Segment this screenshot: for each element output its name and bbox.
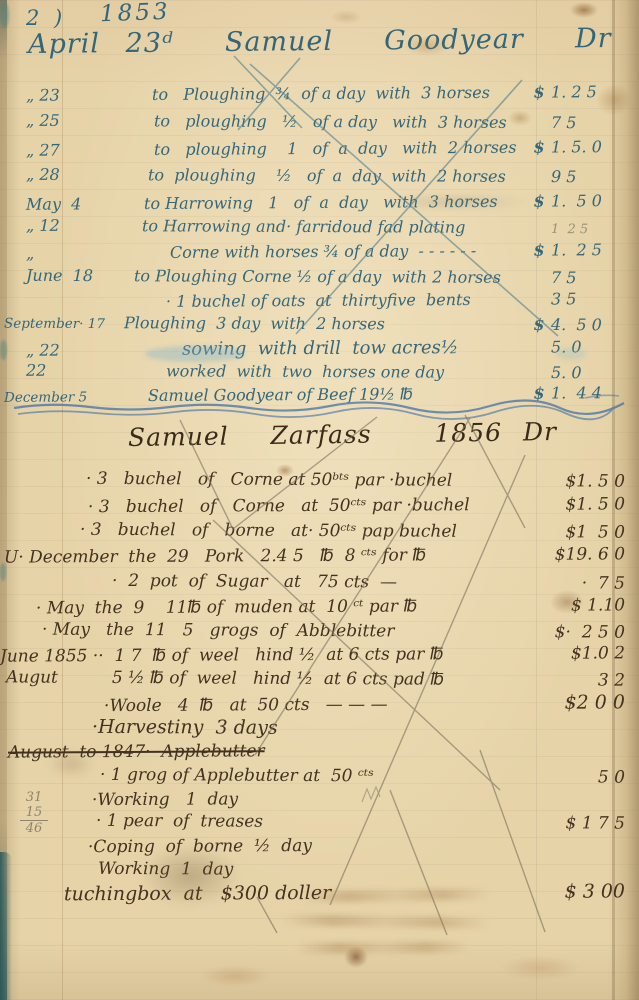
blue-wash-mark xyxy=(556,348,586,360)
entry-description: Corne with horses ¾ of a day - - - - - - xyxy=(118,241,527,262)
stain xyxy=(330,10,362,24)
year-heading: 1853 xyxy=(100,0,171,27)
entry-description: ·Harvestiny 3 days xyxy=(0,715,537,740)
entry-amount: 5 0 xyxy=(537,767,625,787)
entry-amount: $ 1.10 xyxy=(537,595,625,615)
entry-description-struck: August to 1847· Applebutter xyxy=(0,740,537,763)
ledger-row: „ 28to ploughing ½ of a day with 2 horse… xyxy=(0,165,617,187)
bleedthrough-text xyxy=(280,914,490,929)
ledger-row: June 18to Ploughing Corne ½ of a day wit… xyxy=(0,266,617,288)
binding-mark xyxy=(0,2,9,28)
entry-date: 22 xyxy=(0,361,118,381)
ledger-row: „ 25to ploughing ½ of a day with 3 horse… xyxy=(0,111,617,133)
entry-date: September· 17 xyxy=(0,316,118,333)
entry-amount: 9 5 xyxy=(551,167,617,186)
entry-date: „ 27 xyxy=(0,140,118,160)
entry-amount: $2 0 0 xyxy=(537,691,625,713)
entry-amount: 1. 4 4 xyxy=(551,383,617,402)
entry-amount: $1. 5 0 xyxy=(537,471,625,491)
entry-amount: 1. 2 5 xyxy=(551,82,617,101)
stain xyxy=(200,965,270,987)
entry-description: to ploughing ½ of a day with 2 horses xyxy=(118,165,527,186)
ledger-row: Working 1 day xyxy=(0,858,625,881)
entry-amount: $1.0 2 xyxy=(537,643,625,663)
ledger-row: „Corne with horses ¾ of a day - - - - - … xyxy=(0,240,617,263)
entry-description: to ploughing ½ of a day with 3 horses xyxy=(118,111,527,132)
entry-description: to Ploughing ¾ of a day with 3 horses xyxy=(118,83,527,104)
entry-amount-pencil: 1 2 5 xyxy=(551,222,617,237)
entry-description: · 3 buchel of Corne at 50ᵇᵗˢ par ·buchel xyxy=(0,468,537,491)
entry-description: to Harrowing and· farridoud fad plating xyxy=(118,216,527,237)
entry-amount: 1. 5 0 xyxy=(551,191,617,210)
entry-description: Augut 5 ½ ℔ of weel hind ½ at 6 cts pad … xyxy=(0,667,537,690)
ledger-row: December 5Samuel Goodyear of Beef 19½ ℔$… xyxy=(0,383,617,406)
ledger-row: Augut 5 ½ ℔ of weel hind ½ at 6 cts pad … xyxy=(0,667,625,690)
entry-amount: · 7 5 xyxy=(537,573,625,593)
entry-amount: $19. 6 0 xyxy=(537,544,625,564)
dollar-sign: $ xyxy=(527,241,551,260)
ledger-row: „ 12to Harrowing and· farridoud fad plat… xyxy=(0,216,617,238)
bleedthrough-text xyxy=(295,941,470,954)
ledger-row: · 1 grog of Applebutter at 50 ᶜᵗˢ5 0 xyxy=(0,764,625,787)
entry-date: „ 25 xyxy=(0,111,118,131)
ledger-row: September· 17Ploughing 3 day with 2 hors… xyxy=(0,313,617,335)
entry-amount: 3 5 xyxy=(551,289,617,308)
ledger-row: · 3 buchel of borne at· 50ᶜᵗˢ pap buchel… xyxy=(0,519,625,542)
entry-date: June 18 xyxy=(0,266,118,286)
entry-amount: 5. 0 xyxy=(551,363,617,382)
entry-description: · 1 buchel of oats at thirtyfive bents xyxy=(118,290,527,311)
entry-description: June 1855 ·· 1 7 ℔ of weel hind ½ at 6 c… xyxy=(0,644,537,667)
ledger-row: ·Working 1 day xyxy=(0,787,625,810)
ledger-row: ·Coping of borne ½ day xyxy=(0,834,625,857)
entry-description: · May the 9 11℔ of muden at 10 ᶜᵗ par ℔ xyxy=(0,596,537,619)
margin-sum-total: 46 xyxy=(20,820,48,836)
ledger-row: ·Woole 4 ℔ at 50 cts — — —$2 0 0 xyxy=(0,691,625,716)
ledger-row: August to 1847· Applebutter xyxy=(0,739,625,762)
margin-sum-a: 31 xyxy=(20,790,48,805)
ledger-row: „ 22sowing with drill tow acres½5. 0 xyxy=(0,336,617,361)
entry-description: · 1 pear of treases xyxy=(0,810,537,833)
entry-amount: 1. 5. 0 xyxy=(551,137,617,156)
entry-description: worked with two horses one day xyxy=(118,361,527,382)
entry-description: ·Working 1 day xyxy=(0,788,537,811)
entry-date: December 5 xyxy=(0,389,118,406)
entry-description: Working 1 day xyxy=(0,858,537,881)
entry-description: · 3 buchel of Corne at 50ᶜᵗˢ par ·buchel xyxy=(0,495,537,518)
entry-description: ·Coping of borne ½ day xyxy=(0,835,537,858)
ledger-row: · 3 buchel of Corne at 50ᵇᵗˢ par ·buchel… xyxy=(0,468,625,491)
entry-description: U· December the 29 Pork 2.4 5 ℔ 8 ᶜᵗˢ fo… xyxy=(0,545,537,568)
ledger-row: 22worked with two horses one day5. 0 xyxy=(0,361,617,383)
entry-description: · 3 buchel of borne at· 50ᶜᵗˢ pap buchel xyxy=(0,519,537,542)
entry-date: „ 22 xyxy=(0,340,118,360)
ledger-row: ·Harvestiny 3 days xyxy=(0,715,625,740)
stain xyxy=(570,2,598,18)
ledger-row: · 1 buchel of oats at thirtyfive bents3 … xyxy=(0,289,617,312)
blue-wash-mark xyxy=(145,346,245,362)
entry-description: to Harrowing 1 of a day with 3 horses xyxy=(118,192,527,213)
entry-description: to Ploughing Corne ½ of a day with 2 hor… xyxy=(118,266,527,287)
entry-description: Ploughing 3 day with 2 horses xyxy=(118,313,527,334)
account-title-goodyear: April 23ᵈ Samuel Goodyear Dr xyxy=(28,23,612,60)
entry-description: Samuel Goodyear of Beef 19½ ℔ xyxy=(118,384,527,405)
ledger-row: May 4to Harrowing 1 of a day with 3 hors… xyxy=(0,191,617,214)
stain xyxy=(500,955,580,981)
entry-description: · 1 grog of Applebutter at 50 ᶜᵗˢ xyxy=(0,764,537,787)
entry-description: to ploughing 1 of a day with 2 horses xyxy=(118,138,527,159)
ledger-row: · May the 11 5 grogs of Abblebitter$· 2 … xyxy=(0,619,625,642)
dollar-sign: $ xyxy=(527,83,551,102)
ledger-row: · 3 buchel of Corne at 50ᶜᵗˢ par ·buchel… xyxy=(0,494,625,517)
ledger-row: U· December the 29 Pork 2.4 5 ℔ 8 ᶜᵗˢ fo… xyxy=(0,544,625,567)
entry-amount: 1. 2 5 xyxy=(551,240,617,259)
entry-date: „ xyxy=(0,243,118,263)
entry-date: „ 12 xyxy=(0,216,118,236)
ledger-row: · 2 pot of Sugar at 75 cts —· 7 5 xyxy=(0,570,625,593)
page-number: 2 ) xyxy=(26,6,66,30)
dollar-sign: $ xyxy=(527,192,551,211)
entry-description: ·Woole 4 ℔ at 50 cts — — — xyxy=(0,694,537,717)
dollar-sign: $ xyxy=(527,384,551,403)
ledger-row: June 1855 ·· 1 7 ℔ of weel hind ½ at 6 c… xyxy=(0,643,625,666)
account-title-zarfass: Samuel Zarfass 1856 Dr xyxy=(128,417,557,452)
entry-amount: 3 2 xyxy=(537,670,625,690)
entry-amount: $1 5 0 xyxy=(537,522,625,542)
margin-calculation: 31 15 46 xyxy=(20,790,48,836)
entry-date: May 4 xyxy=(0,194,118,214)
entry-amount: $· 2 5 0 xyxy=(537,622,625,642)
dollar-sign: $ xyxy=(527,315,551,334)
entry-date: „ 23 xyxy=(0,85,118,105)
entry-date xyxy=(0,307,118,308)
entry-amount: 7 5 xyxy=(551,268,617,287)
entry-amount: 7 5 xyxy=(551,113,617,132)
entry-description: · 2 pot of Sugar at 75 cts — xyxy=(0,570,537,593)
ledger-row: · 1 pear of treases$ 1 7 5 xyxy=(0,810,625,833)
dollar-sign: $ xyxy=(527,138,551,157)
entry-amount: $1. 5 0 xyxy=(537,494,625,514)
ledger-row: „ 23to Ploughing ¾ of a day with 3 horse… xyxy=(0,82,617,105)
entry-date: „ 28 xyxy=(0,165,118,185)
entry-description: · May the 11 5 grogs of Abblebitter xyxy=(0,619,537,642)
entry-amount: $ 3 00 xyxy=(537,880,625,902)
ledger-page: 2 ) 1853 April 23ᵈ Samuel Goodyear Dr „ … xyxy=(0,0,639,1000)
margin-sum-b: 15 xyxy=(20,805,48,820)
ledger-row: · May the 9 11℔ of muden at 10 ᶜᵗ par ℔$… xyxy=(0,595,625,618)
entry-amount: 4. 5 0 xyxy=(551,315,617,334)
entry-amount: $ 1 7 5 xyxy=(537,813,625,833)
ledger-row: „ 27to ploughing 1 of a day with 2 horse… xyxy=(0,137,617,160)
